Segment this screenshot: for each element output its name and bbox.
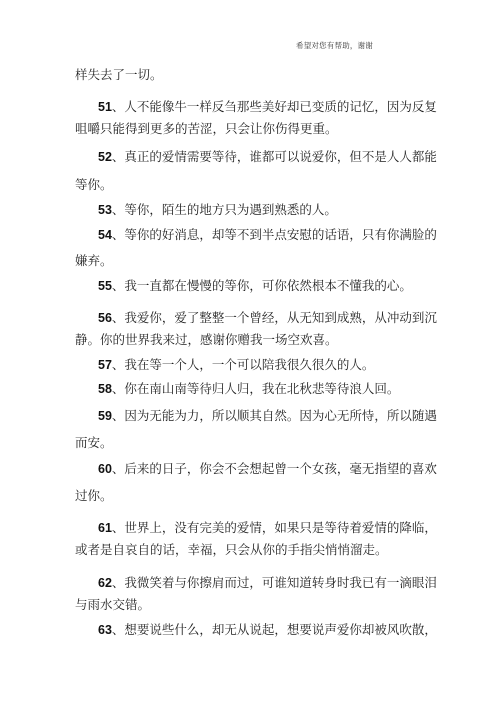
entry-56-line-1: 56、我爱你，爱了整整一个曾经，从无知到成熟，从冲动到沉 — [98, 311, 437, 325]
entry-number: 56 — [98, 311, 112, 325]
entry-60-line-2: 过你。 — [75, 489, 113, 503]
entry-54-line-1: 54、等你的好消息，却等不到半点安慰的话语，只有你满脸的 — [98, 228, 437, 242]
entry-59-line-1: 59、因为无能为力，所以顺其自然。因为心无所恃，所以随遇 — [98, 409, 437, 423]
entry-number: 59 — [98, 409, 112, 423]
entry-51-line-1: 51、人不能像牛一样反刍那些美好却已变质的记忆，因为反复 — [98, 100, 437, 114]
entry-number: 62 — [98, 576, 112, 590]
entry-number: 55 — [98, 279, 112, 293]
entry-54-line-2: 嫌弃。 — [75, 254, 113, 268]
entry-61-line-1: 61、世界上，没有完美的爱情，如果只是等待着爱情的降临， — [98, 521, 437, 535]
entry-60-line-1: 60、后来的日子，你会不会想起曾一个女孩，毫无指望的喜欢 — [98, 462, 437, 476]
entry-53-line-1: 53、等你，陌生的地方只为遇到熟悉的人。 — [98, 203, 337, 217]
entry-number: 61 — [98, 521, 112, 535]
entry-55-line-1: 55、我一直都在慢慢的等你，可你依然根本不懂我的心。 — [98, 279, 412, 293]
entry-number: 63 — [98, 623, 112, 637]
entry-number: 53 — [98, 203, 112, 217]
entry-56-line-2: 静。你的世界我来过，感谢你赠我一场空欢喜。 — [75, 333, 338, 347]
entry-51-line-2: 咀嚼只能得到更多的苦涩，只会让你伤得更重。 — [75, 122, 338, 136]
entry-number: 58 — [98, 382, 112, 396]
entry-59-line-2: 而安。 — [75, 436, 113, 450]
entry-58-line-1: 58、你在南山南等待归人归，我在北秋悲等待浪人回。 — [98, 382, 399, 396]
entry-52-line-1: 52、真正的爱情需要等待，谁都可以说爱你，但不是人人都能 — [98, 150, 437, 164]
entry-number: 52 — [98, 150, 112, 164]
entry-57-line-1: 57、我在等一个人，一个可以陪我很久很久的人。 — [98, 358, 374, 372]
entry-61-line-2: 或者是自哀自的话，幸福，只会从你的手指尖悄悄溜走。 — [75, 543, 388, 557]
entry-52-line-2: 等你。 — [75, 178, 113, 192]
entry-number: 57 — [98, 358, 112, 372]
entry-number: 60 — [98, 462, 112, 476]
entry-62-line-1: 62、我微笑着与你擦肩而过，可谁知道转身时我已有一滴眼泪 — [98, 576, 437, 590]
entry-number: 51 — [98, 100, 112, 114]
entry-number: 54 — [98, 228, 112, 242]
entry-62-line-2: 与雨水交错。 — [75, 598, 150, 612]
document-page: 希望对您有帮助，谢谢 样失去了一切。 51、人不能像牛一样反刍那些美好却已变质的… — [0, 0, 500, 708]
header-note: 希望对您有帮助，谢谢 — [296, 40, 373, 51]
entry-63-line-1: 63、想要说些什么，却无从说起，想要说声爱你却被风吹散， — [98, 623, 437, 637]
lead-continuation-line: 样失去了一切。 — [75, 68, 163, 82]
